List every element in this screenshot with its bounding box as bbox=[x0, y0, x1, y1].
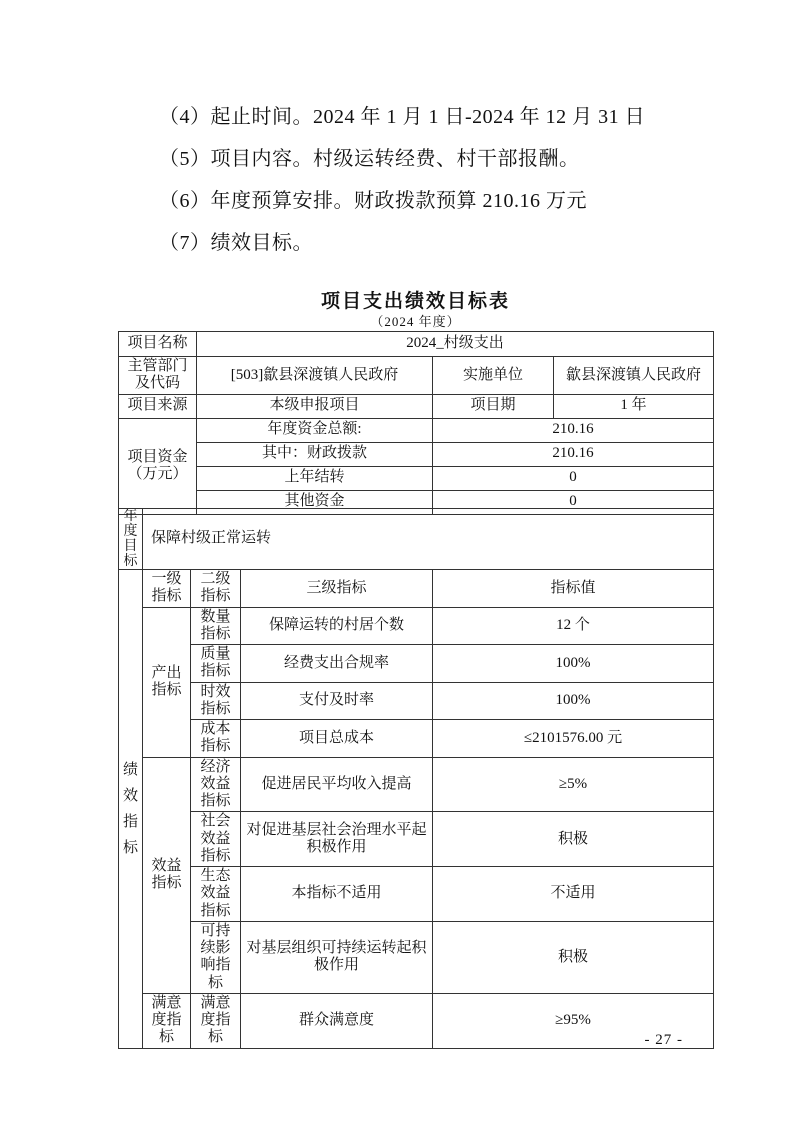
indicator-value-cell: 积极 bbox=[433, 921, 714, 993]
indicator-l2-cell: 质量 指标 bbox=[191, 645, 241, 683]
indicator-table: 年 度 目 标 保障村级正常运转 绩 效 指 标 一级 指标 二级 指标 三级指… bbox=[118, 508, 714, 1049]
indicator-l2-cell: 可持 续影 响指 标 bbox=[191, 921, 241, 993]
table-title: 项目支出绩效目标表 bbox=[118, 286, 713, 313]
indicator-l3-cell: 支付及时率 bbox=[241, 682, 433, 720]
funds-label-cell: 项目资金 （万元） bbox=[119, 418, 197, 514]
table-row: 质量 指标 经费支出合规率 100% bbox=[119, 645, 714, 683]
period-label-cell: 项目期 bbox=[433, 394, 554, 418]
indicator-value-cell: 12 个 bbox=[433, 607, 714, 645]
indicator-value-cell: 100% bbox=[433, 682, 714, 720]
table-row: 项目资金 （万元） 年度资金总额: 210.16 bbox=[119, 418, 714, 442]
page-content: （4）起止时间。2024 年 1 月 1 日-2024 年 12 月 31 日 … bbox=[118, 0, 713, 1122]
project-name-value-cell: 2024_村级支出 bbox=[197, 332, 714, 357]
project-info-table: 项目名称 2024_村级支出 主管部门 及代码 [503]歙县深渡镇人民政府 实… bbox=[118, 331, 714, 515]
source-value-cell: 本级申报项目 bbox=[197, 394, 433, 418]
header-l2-cell: 二级 指标 bbox=[191, 570, 241, 608]
group-name-cell: 效益 指标 bbox=[143, 757, 191, 993]
indicator-l2-cell: 时效 指标 bbox=[191, 682, 241, 720]
intro-line-4: （4）起止时间。2024 年 1 月 1 日-2024 年 12 月 31 日 bbox=[118, 96, 713, 138]
table-row: 可持 续影 响指 标 对基层组织可持续运转起积 极作用 积极 bbox=[119, 921, 714, 993]
indicator-l3-cell: 对基层组织可持续运转起积 极作用 bbox=[241, 921, 433, 993]
indicator-l3-cell: 群众满意度 bbox=[241, 993, 433, 1048]
indicator-l3-cell: 促进居民平均收入提高 bbox=[241, 757, 433, 812]
table-row: 效益 指标 经济 效益 指标 促进居民平均收入提高 ≥5% bbox=[119, 757, 714, 812]
table-subtitle: （2024 年度） bbox=[118, 311, 713, 330]
indicator-l3-cell: 保障运转的村居个数 bbox=[241, 607, 433, 645]
indicator-l3-cell: 本指标不适用 bbox=[241, 867, 433, 922]
perf-indicator-label-cell: 绩 效 指 标 bbox=[119, 570, 143, 1049]
indicator-l2-cell: 成本 指标 bbox=[191, 720, 241, 758]
fund-name-cell: 上年结转 bbox=[197, 466, 433, 490]
table-row: 产出 指标 数量 指标 保障运转的村居个数 12 个 bbox=[119, 607, 714, 645]
table-row: 上年结转 0 bbox=[119, 466, 714, 490]
indicator-l2-cell: 数量 指标 bbox=[191, 607, 241, 645]
annual-goal-value-cell: 保障村级正常运转 bbox=[143, 509, 714, 570]
fund-value-cell: 210.16 bbox=[433, 442, 714, 466]
group-name-cell: 产出 指标 bbox=[143, 607, 191, 757]
fund-value-cell: 0 bbox=[433, 466, 714, 490]
indicator-l2-cell: 经济 效益 指标 bbox=[191, 757, 241, 812]
annual-goal-label-cell: 年 度 目 标 bbox=[119, 509, 143, 570]
fund-value-cell: 210.16 bbox=[433, 418, 714, 442]
table-row: 绩 效 指 标 一级 指标 二级 指标 三级指标 指标值 bbox=[119, 570, 714, 608]
header-value-cell: 指标值 bbox=[433, 570, 714, 608]
table-row: 生态 效益 指标 本指标不适用 不适用 bbox=[119, 867, 714, 922]
indicator-l3-cell: 对促进基层社会治理水平起 积极作用 bbox=[241, 812, 433, 867]
fund-name-cell: 其中：财政拨款 bbox=[197, 442, 433, 466]
dept-label-cell: 主管部门 及代码 bbox=[119, 357, 197, 395]
dept-value-cell: [503]歙县深渡镇人民政府 bbox=[197, 357, 433, 395]
impl-unit-label-cell: 实施单位 bbox=[433, 357, 554, 395]
intro-paragraphs: （4）起止时间。2024 年 1 月 1 日-2024 年 12 月 31 日 … bbox=[118, 96, 713, 264]
table-row: 项目名称 2024_村级支出 bbox=[119, 332, 714, 357]
intro-line-6: （6）年度预算安排。财政拨款预算 210.16 万元 bbox=[118, 180, 713, 222]
header-l1-cell: 一级 指标 bbox=[143, 570, 191, 608]
table-row: 主管部门 及代码 [503]歙县深渡镇人民政府 实施单位 歙县深渡镇人民政府 bbox=[119, 357, 714, 395]
page-number: - 27 - bbox=[645, 1032, 684, 1049]
source-label-cell: 项目来源 bbox=[119, 394, 197, 418]
table-row: 成本 指标 项目总成本 ≤2101576.00 元 bbox=[119, 720, 714, 758]
project-name-label-cell: 项目名称 bbox=[119, 332, 197, 357]
table-row: 年 度 目 标 保障村级正常运转 bbox=[119, 509, 714, 570]
table-row: 项目来源 本级申报项目 项目期 1 年 bbox=[119, 394, 714, 418]
indicator-l2-cell: 社会 效益 指标 bbox=[191, 812, 241, 867]
indicator-value-cell: ≥5% bbox=[433, 757, 714, 812]
group-name-cell: 满意 度指 标 bbox=[143, 993, 191, 1048]
indicator-l3-cell: 项目总成本 bbox=[241, 720, 433, 758]
table-row: 时效 指标 支付及时率 100% bbox=[119, 682, 714, 720]
impl-unit-value-cell: 歙县深渡镇人民政府 bbox=[554, 357, 714, 395]
table-row: 其中：财政拨款 210.16 bbox=[119, 442, 714, 466]
table-row: 社会 效益 指标 对促进基层社会治理水平起 积极作用 积极 bbox=[119, 812, 714, 867]
indicator-l3-cell: 经费支出合规率 bbox=[241, 645, 433, 683]
table-row: 满意 度指 标 满意 度指 标 群众满意度 ≥95% bbox=[119, 993, 714, 1048]
indicator-value-cell: 不适用 bbox=[433, 867, 714, 922]
indicator-value-cell: 积极 bbox=[433, 812, 714, 867]
indicator-l2-cell: 生态 效益 指标 bbox=[191, 867, 241, 922]
indicator-value-cell: 100% bbox=[433, 645, 714, 683]
intro-line-7: （7）绩效目标。 bbox=[118, 222, 713, 264]
indicator-value-cell: ≤2101576.00 元 bbox=[433, 720, 714, 758]
header-l3-cell: 三级指标 bbox=[241, 570, 433, 608]
period-value-cell: 1 年 bbox=[554, 394, 714, 418]
intro-line-5: （5）项目内容。村级运转经费、村干部报酬。 bbox=[118, 138, 713, 180]
indicator-l2-cell: 满意 度指 标 bbox=[191, 993, 241, 1048]
fund-name-cell: 年度资金总额: bbox=[197, 418, 433, 442]
